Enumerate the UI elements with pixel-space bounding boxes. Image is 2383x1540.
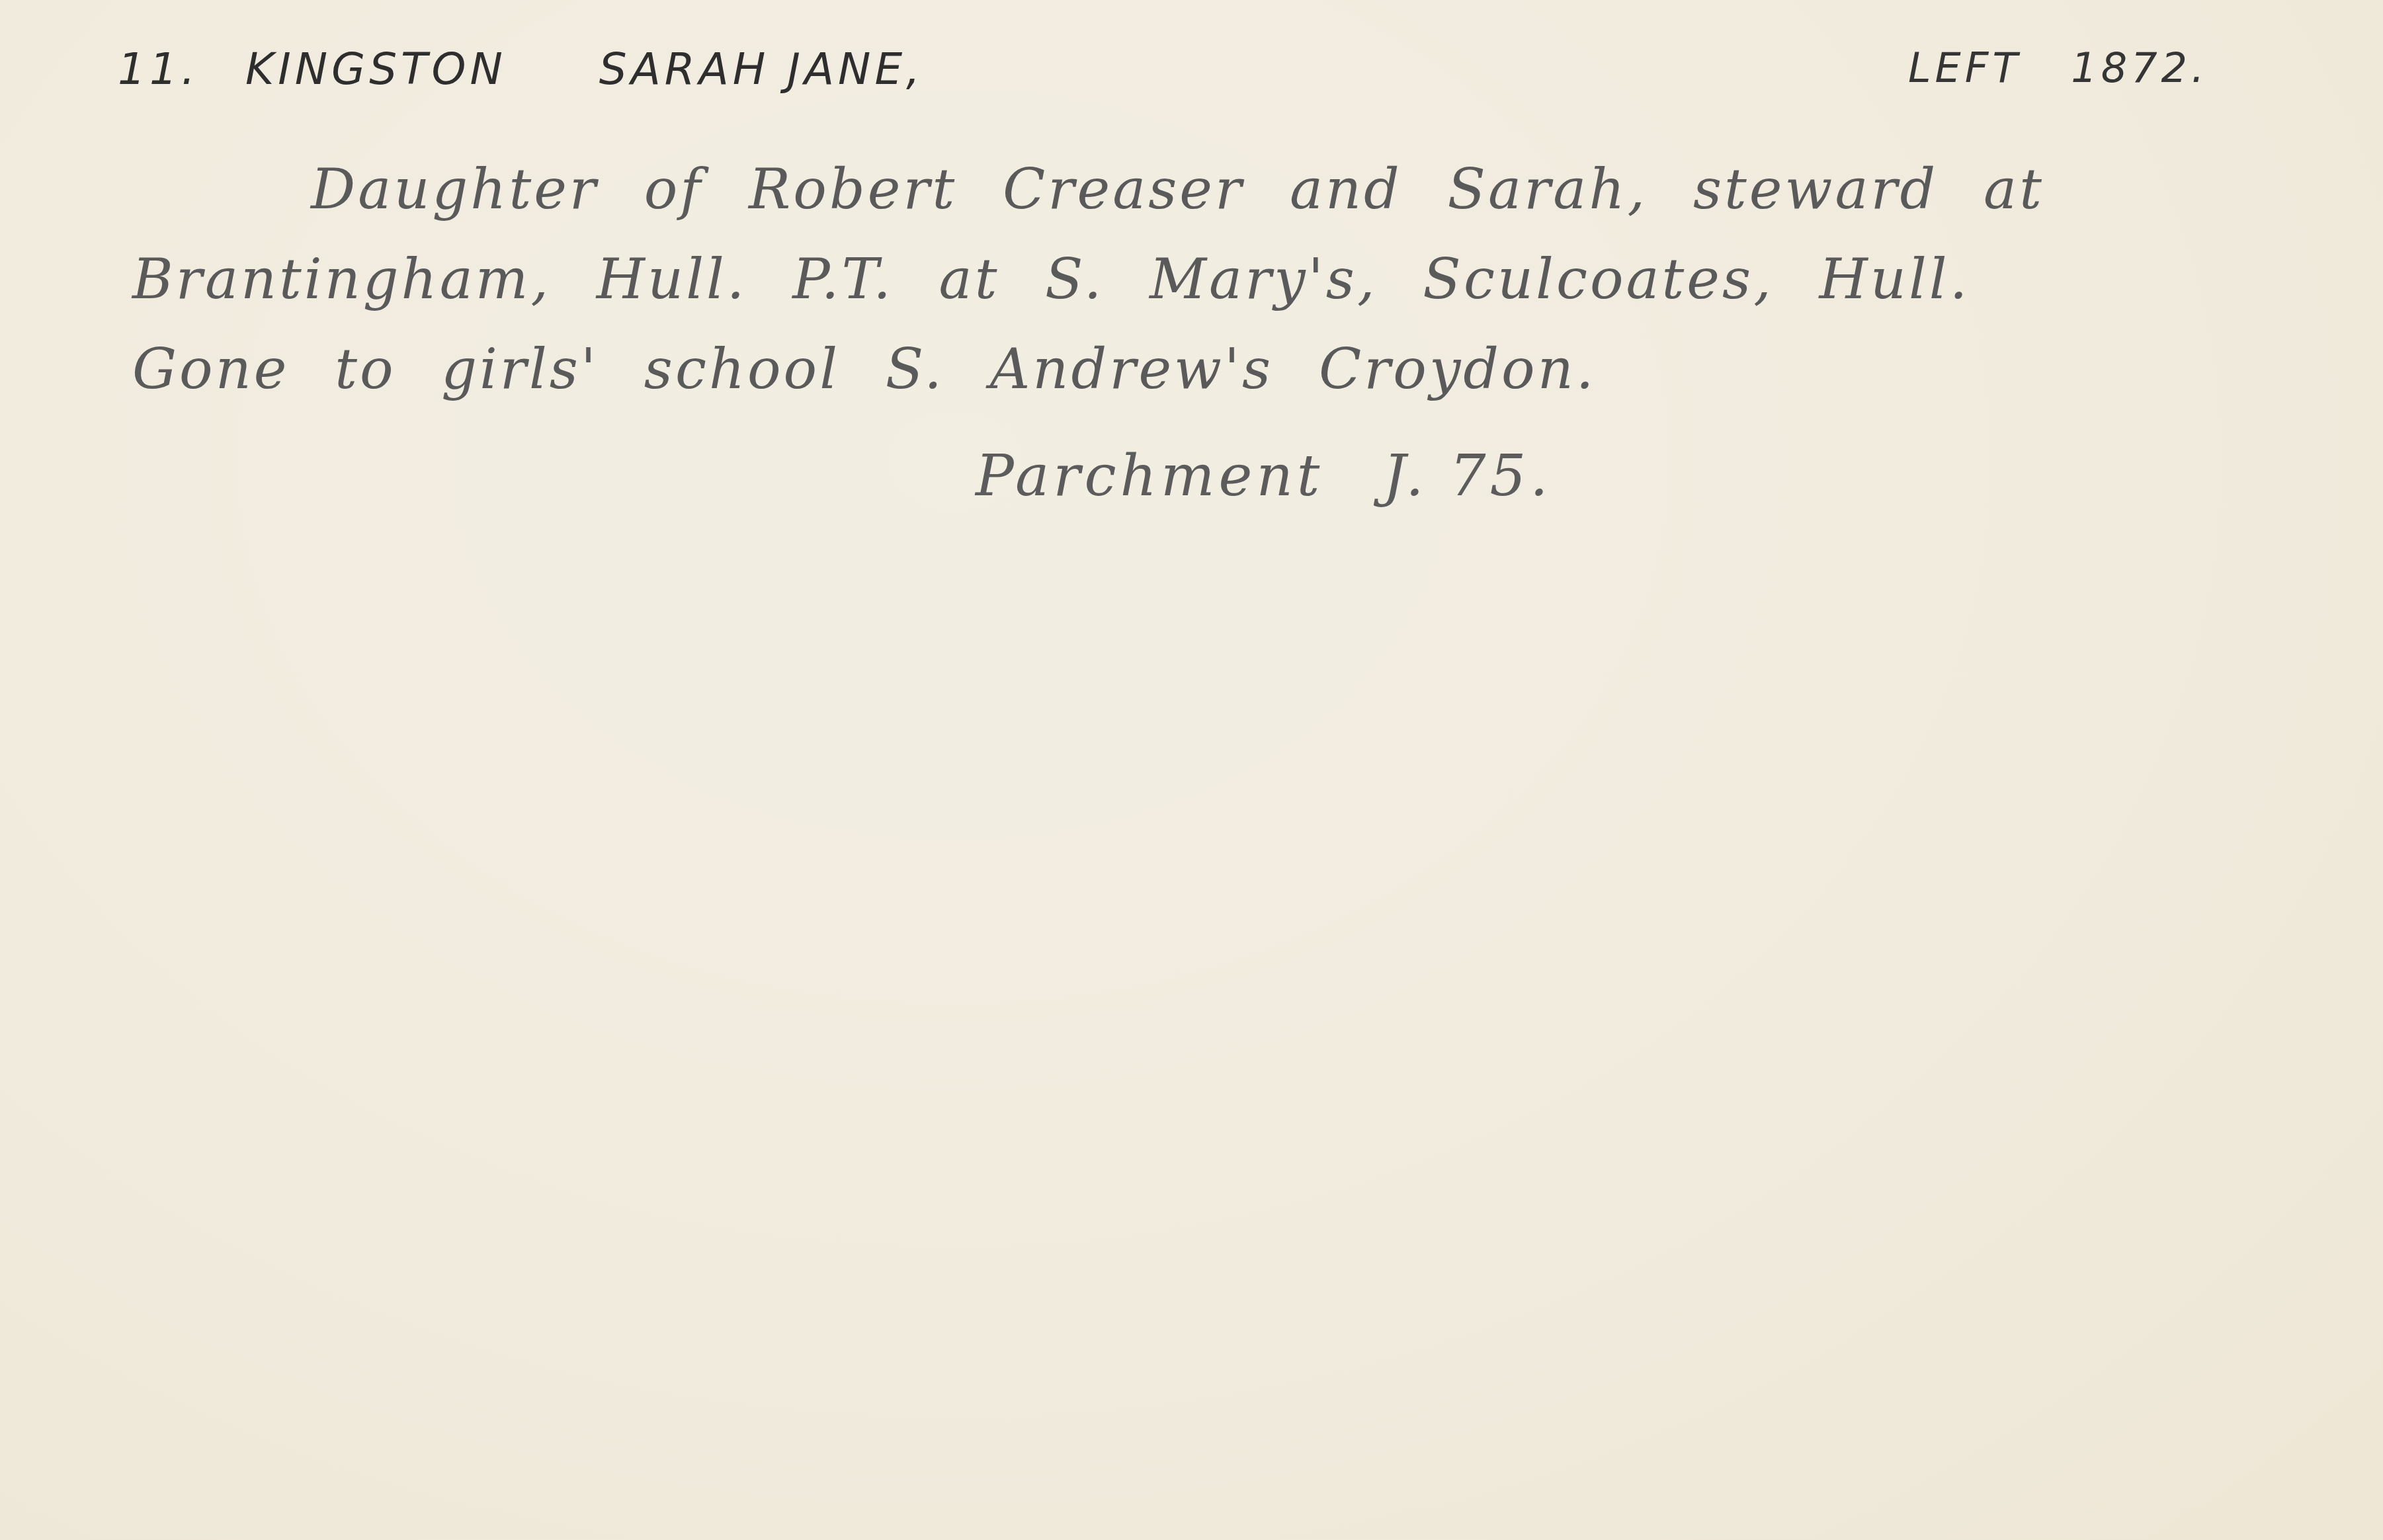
parchment-note: ParchmentJ. 75. (976, 443, 1552, 509)
record-header: 11.KINGSTONSARAH JANE, (118, 44, 924, 95)
record-description: Daughter of Robert Creaser and Sarah, st… (132, 144, 2341, 414)
record-number: 11. (118, 44, 199, 95)
register-page: 11.KINGSTONSARAH JANE, LEFT1872. Daughte… (0, 0, 2383, 1540)
record-given-names: SARAH JANE, (599, 44, 924, 95)
description-line: Brantingham, Hull. P.T. at S. Mary's, Sc… (132, 234, 2341, 324)
parchment-value: J. 75. (1383, 443, 1552, 509)
description-line: Gone to girls' school S. Andrew's Croydo… (132, 324, 2341, 414)
left-label: LEFT (1908, 44, 2021, 92)
record-left-date: LEFT1872. (1908, 44, 2208, 92)
description-line: Daughter of Robert Creaser and Sarah, st… (132, 144, 2341, 234)
record-surname: KINGSTON (245, 44, 507, 95)
parchment-label: Parchment (976, 443, 1323, 509)
left-year: 1872. (2071, 44, 2208, 92)
